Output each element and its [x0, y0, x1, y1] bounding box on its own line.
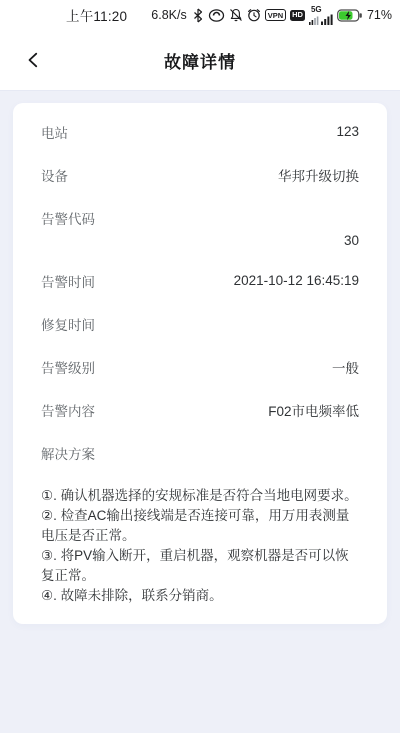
row-value: 华邦升级切换	[278, 165, 359, 185]
mute-icon	[229, 8, 243, 22]
fault-detail-card: 电站 123 设备 华邦升级切换 告警代码 30 告警时间 2021-10-12…	[13, 103, 387, 624]
battery-percent: 71%	[367, 8, 392, 22]
vpn-badge: VPN	[265, 9, 286, 21]
detail-row-device: 设备 华邦升级切换	[41, 153, 359, 196]
row-label: 修复时间	[41, 314, 95, 334]
solution-label: 解决方案	[41, 443, 95, 463]
row-value: 30	[344, 233, 359, 248]
row-label: 告警代码	[41, 208, 359, 228]
solution-text: ①. 确认机器选择的安规标准是否符合当地电网要求。 ②. 检查AC输出接线端是否…	[41, 486, 359, 606]
detail-row-repair-time: 修复时间	[41, 302, 359, 345]
alarm-icon	[247, 8, 261, 22]
battery-icon	[337, 9, 363, 22]
hd-badge: HD	[290, 10, 305, 21]
solution-step: ②. 检查AC输出接线端是否连接可靠，用万用表测量电压是否正常。	[41, 506, 359, 546]
detail-row-alarm-code: 告警代码 30	[41, 196, 359, 259]
row-label: 告警时间	[41, 271, 95, 291]
network-speed: 6.8K/s	[151, 8, 186, 22]
solution-step: ③. 将PV输入断开，重启机器，观察机器是否可以恢复正常。	[41, 546, 359, 586]
row-label: 告警内容	[41, 400, 95, 420]
page-content: 电站 123 设备 华邦升级切换 告警代码 30 告警时间 2021-10-12…	[0, 90, 400, 733]
detail-row-alarm-content: 告警内容 F02市电频率低	[41, 388, 359, 431]
row-label: 电站	[41, 122, 68, 142]
page-title: 故障详情	[164, 48, 236, 73]
bluetooth-icon	[192, 8, 204, 23]
navigation-bar: 故障详情	[0, 30, 400, 90]
back-button[interactable]	[20, 46, 48, 74]
network-type-label: 5G	[311, 6, 322, 14]
status-time: 上午11:20	[66, 5, 127, 25]
row-label: 设备	[41, 165, 68, 185]
row-value: 123	[336, 124, 359, 139]
row-value: 2021-10-12 16:45:19	[234, 273, 359, 288]
solution-step: ①. 确认机器选择的安规标准是否符合当地电网要求。	[41, 486, 359, 506]
detail-row-alarm-level: 告警级别 一般	[41, 345, 359, 388]
signal-icon: 5G	[309, 6, 333, 25]
row-value: F02市电频率低	[268, 400, 359, 420]
status-bar: 上午11:20 6.8K/s VPN HD 5G 71%	[0, 0, 400, 30]
data-saver-icon	[208, 9, 225, 22]
detail-row-alarm-time: 告警时间 2021-10-12 16:45:19	[41, 259, 359, 302]
solution-step: ④. 故障未排除，联系分销商。	[41, 586, 359, 606]
row-value: 一般	[332, 357, 359, 377]
chevron-left-icon	[25, 51, 43, 69]
row-label: 告警级别	[41, 357, 95, 377]
detail-row-station: 电站 123	[41, 110, 359, 153]
detail-row-solution: 解决方案	[41, 431, 359, 474]
